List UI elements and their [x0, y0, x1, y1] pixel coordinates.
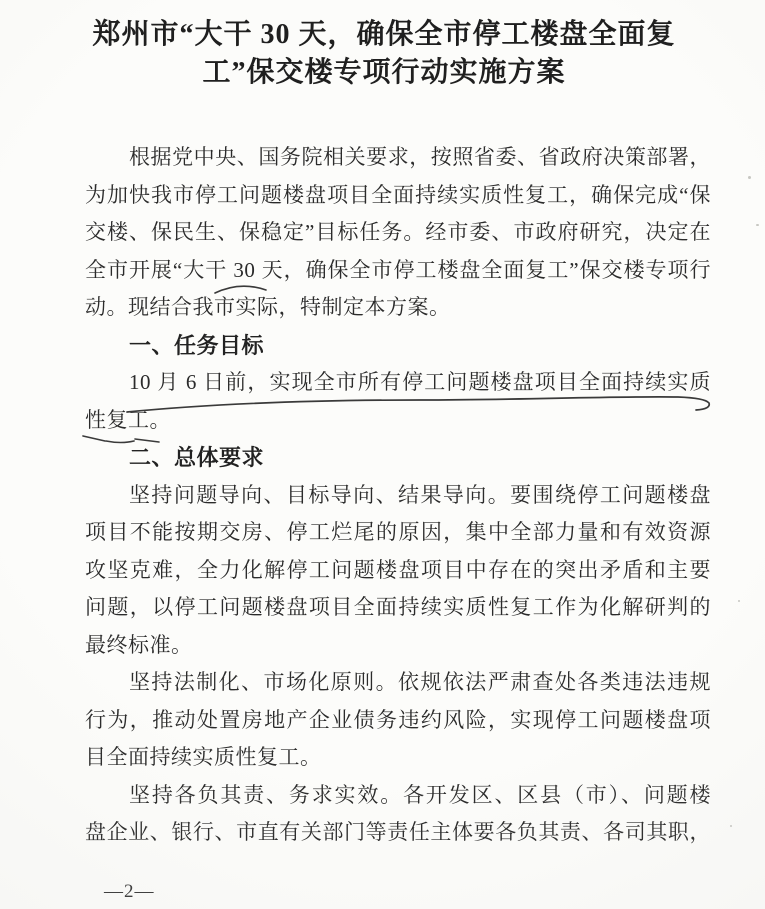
document-body: 根据党中央、国务院相关要求，按照省委、省政府决策部署， 为加快我市停工问题楼盘项… — [85, 139, 711, 852]
section-heading-task-goal: 一、任务目标 — [85, 327, 711, 365]
text-line: 10 月 6 日前，实现全市所有停工问题楼盘项目全面持续实质 — [85, 364, 711, 402]
text-line: 项目不能按期交房、停工烂尾的原因，集中全部力量和有效资源 — [85, 514, 711, 552]
scan-speck — [738, 600, 740, 602]
section-heading-overall-requirements: 二、总体要求 — [85, 439, 711, 477]
text-line: 动。现结合我市实际，特制定本方案。 — [85, 289, 711, 327]
text-line: 攻坚克难，全力化解停工问题楼盘项目中存在的突出矛盾和主要 — [85, 552, 711, 590]
text-line: 全市开展“大干 30 天，确保全市停工楼盘全面复工”保交楼专项行 — [85, 252, 711, 290]
text-line: 根据党中央、国务院相关要求，按照省委、省政府决策部署， — [85, 139, 711, 177]
page-number: —2— — [104, 881, 155, 903]
text-line: 目全面持续实质性复工。 — [85, 739, 711, 777]
text-line: 坚持法制化、市场化原则。依规依法严肃查处各类违法违规 — [85, 664, 711, 702]
scan-speck — [756, 224, 759, 226]
text-line: 性复工。 — [85, 402, 711, 440]
document-title-line-2: 工”保交楼专项行动实施方案 — [70, 54, 698, 92]
text-line: 最终标准。 — [85, 627, 711, 665]
text-line: 交楼、保民生、保稳定”目标任务。经市委、市政府研究，决定在 — [85, 214, 711, 252]
text-line: 问题，以停工问题楼盘项目全面持续实质性复工作为化解研判的 — [85, 589, 711, 627]
scan-speck — [730, 825, 732, 827]
scan-speck — [748, 176, 751, 179]
text-line: 行为，推动处置房地产企业债务违约风险，实现停工问题楼盘项 — [85, 702, 711, 740]
text-line: 为加快我市停工问题楼盘项目全面持续实质性复工，确保完成“保 — [85, 177, 711, 215]
text-line: 坚持各负其责、务求实效。各开发区、区县（市）、问题楼 — [85, 777, 711, 815]
text-line: 坚持问题导向、目标导向、结果导向。要围绕停工问题楼盘 — [85, 477, 711, 515]
document-title: 郑州市“大干 30 天，确保全市停工楼盘全面复 工”保交楼专项行动实施方案 — [70, 16, 698, 92]
text-line: 盘企业、银行、市直有关部门等责任主体要各负其责、各司其职， — [85, 814, 711, 852]
scanned-document-page: 郑州市“大干 30 天，确保全市停工楼盘全面复 工”保交楼专项行动实施方案 根据… — [0, 0, 765, 909]
document-title-line-1: 郑州市“大干 30 天，确保全市停工楼盘全面复 — [70, 16, 698, 54]
